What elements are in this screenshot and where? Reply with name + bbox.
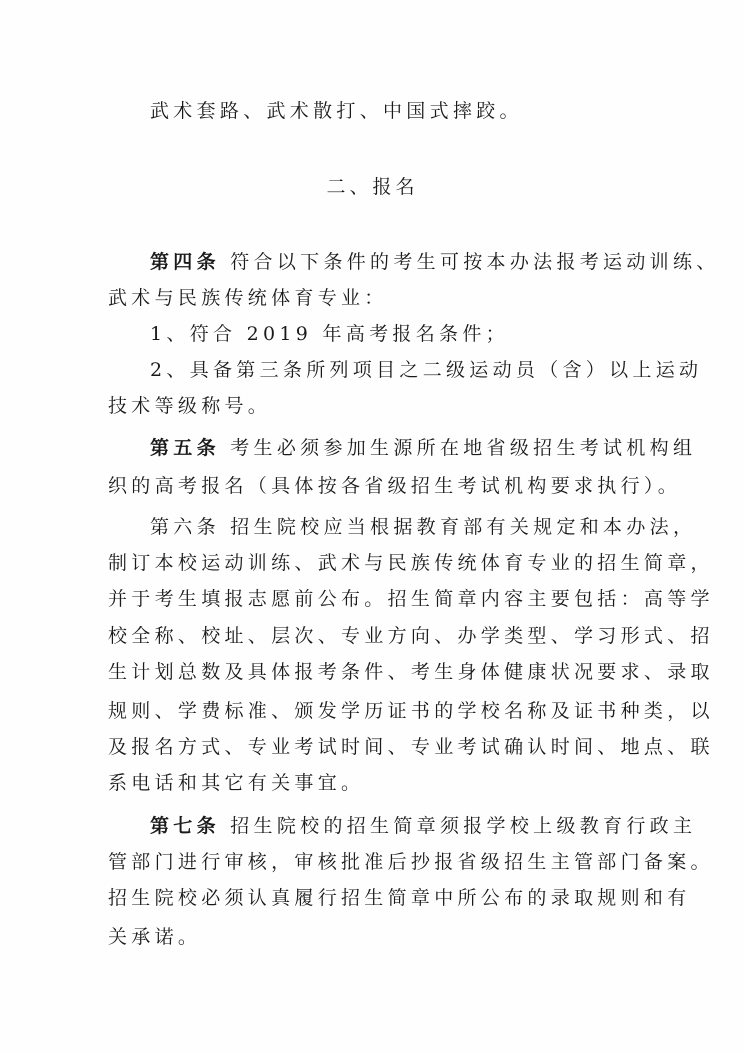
text-line: 管部门进行审核，审核批准后抄报省级招生主管部门备案。: [108, 850, 668, 874]
text-line: 规则、学费标准、颁发学历证书的学校名称及证书种类，以: [108, 699, 668, 723]
article-4: 第四条 符合以下条件的考生可按本办法报考运动训练、: [150, 250, 710, 274]
text-line: 系电话和其它有关事宜。: [108, 771, 668, 795]
line-text: 2、具备第三条所列项目之二级运动员（含）以上运动: [150, 359, 702, 381]
text-line: 技术等级称号。: [108, 394, 668, 418]
text-line: 制订本校运动训练、武术与民族传统体育专业的招生简章，: [108, 551, 668, 575]
line-text: 第六条 招生院校应当根据教育部有关规定和本办法，: [150, 516, 696, 538]
text-line: 校全称、校址、层次、专业方向、办学类型、学习形式、招: [108, 624, 668, 648]
line-text: 生计划总数及具体报考条件、考生身体健康状况要求、录取: [108, 661, 714, 683]
article-label: 第四条: [150, 251, 220, 273]
line-text: 并于考生填报志愿前公布。招生简章内容主要包括：高等学: [108, 588, 714, 610]
line-text: 考生必须参加生源所在地省级招生考试机构组: [230, 437, 696, 459]
line-text: 招生院校的招生简章须报学校上级教育行政主: [230, 815, 696, 837]
article-5: 第五条 考生必须参加生源所在地省级招生考试机构组: [150, 436, 710, 460]
text-line: 招生院校必须认真履行招生简章中所公布的录取规则和有: [108, 886, 668, 910]
text-line: 武术套路、武术散打、中国式摔跤。: [150, 99, 710, 123]
line-text: 规则、学费标准、颁发学历证书的学校名称及证书种类，以: [108, 700, 714, 722]
text-line: 及报名方式、专业考试时间、专业考试确认时间、地点、联: [108, 735, 668, 759]
line-text: 系电话和其它有关事宜。: [108, 772, 364, 794]
article-label: 第七条: [150, 815, 220, 837]
line-text: 校全称、校址、层次、专业方向、办学类型、学习形式、招: [108, 625, 714, 647]
line-text: 武术套路、武术散打、中国式摔跤。: [150, 100, 523, 122]
article-6: 第六条 招生院校应当根据教育部有关规定和本办法，: [150, 515, 710, 539]
line-text: 技术等级称号。: [108, 395, 271, 417]
line-text: 武术与民族传统体育专业：: [108, 287, 388, 309]
line-text: 管部门进行审核，审核批准后抄报省级招生主管部门备案。: [108, 851, 714, 873]
text-line: 并于考生填报志愿前公布。招生简章内容主要包括：高等学: [108, 587, 668, 611]
text-line: 织的高考报名（具体按各省级招生考试机构要求执行）。: [108, 474, 668, 498]
line-text: 及报名方式、专业考试时间、专业考试确认时间、地点、联: [108, 736, 714, 758]
text-line: 生计划总数及具体报考条件、考生身体健康状况要求、录取: [108, 660, 668, 684]
line-text: 关承诺。: [108, 926, 201, 948]
article-7: 第七条 招生院校的招生简章须报学校上级教育行政主: [150, 814, 710, 838]
line-text: 织的高考报名（具体按各省级招生考试机构要求执行）。: [108, 475, 681, 497]
text-line: 武术与民族传统体育专业：: [108, 286, 668, 310]
text-line: 关承诺。: [108, 925, 668, 949]
list-item: 2、具备第三条所列项目之二级运动员（含）以上运动: [150, 358, 710, 382]
list-item: 1、符合 2019 年高考报名条件；: [150, 322, 710, 346]
document-page: 武术套路、武术散打、中国式摔跤。 二、报名 第四条 符合以下条件的考生可按本办法…: [0, 0, 745, 1053]
line-text: 招生院校必须认真履行招生简章中所公布的录取规则和有: [108, 887, 691, 909]
line-text: 1、符合 2019 年高考报名条件；: [150, 323, 509, 345]
line-text: 制订本校运动训练、武术与民族传统体育专业的招生简章，: [108, 552, 714, 574]
article-label: 第五条: [150, 437, 220, 459]
line-text: 符合以下条件的考生可按本办法报考运动训练、: [230, 251, 719, 273]
heading-text: 二、报名: [326, 176, 418, 198]
section-heading: 二、报名: [0, 175, 745, 199]
